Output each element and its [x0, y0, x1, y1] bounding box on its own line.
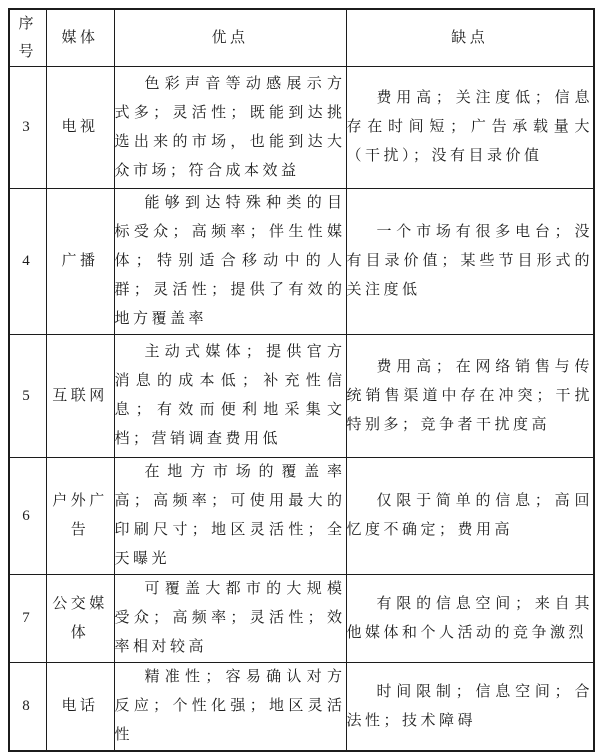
row-cons: 仅限于简单的信息；高回忆度不确定；费用高 — [346, 458, 594, 575]
header-cons: 缺点 — [346, 9, 594, 67]
table-header-row: 序号 媒体 优点 缺点 — [9, 9, 594, 67]
header-no: 序号 — [9, 9, 46, 67]
cons-text: 费用高；在网络销售与传统销售渠道中存在冲突；干扰特别多；竞争者干扰度高 — [347, 353, 594, 440]
row-media: 广播 — [46, 189, 114, 335]
row-cons: 费用高；关注度低；信息存在时间短；广告承载量大（干扰）；没有目录价值 — [346, 67, 594, 189]
row-pros: 精准性；容易确认对方反应；个性化强；地区灵活性 — [114, 663, 346, 696]
row-pros: 在地方市场的覆盖率高；高频率；可使用最大的印刷尺寸；地区灵活性；全天曝光 — [114, 458, 346, 575]
row-no: 8 — [9, 663, 46, 696]
pros-text: 在地方市场的覆盖率高；高频率；可使用最大的印刷尺寸；地区灵活性；全天曝光 — [115, 458, 346, 574]
cons-text: 一个市场有很多电台；没有目录价值；某些节目形式的关注度低 — [347, 218, 594, 305]
table-row: 6 户外广告 在地方市场的覆盖率高；高频率；可使用最大的印刷尺寸；地区灵活性；全… — [9, 458, 594, 575]
table-row: 7 公交媒体 可覆盖大都市的大规模受众；高频率；灵活性；效率相对较高 有限的信息… — [9, 575, 594, 663]
row-media: 互联网 — [46, 335, 114, 458]
pros-text: 可覆盖大都市的大规模受众；高频率；灵活性；效率相对较高 — [115, 575, 346, 662]
pros-text: 能够到达特殊种类的目标受众；高频率；伴生性媒体；特别适合移动中的人群；灵活性；提… — [115, 189, 346, 334]
row-pros: 可覆盖大都市的大规模受众；高频率；灵活性；效率相对较高 — [114, 575, 346, 663]
header-media: 媒体 — [46, 9, 114, 67]
row-cons: 一个市场有很多电台；没有目录价值；某些节目形式的关注度低 — [346, 189, 594, 335]
pros-text: 精准性；容易确认对方反应；个性化强；地区灵活性 — [115, 663, 346, 695]
cons-text: 时间限制；信息空间；合法性；技术障碍 — [347, 678, 594, 696]
row-no: 7 — [9, 575, 46, 663]
pros-text: 色彩声音等动感展示方式多；灵活性；既能到达挑选出来的市场，也能到达大众市场；符合… — [115, 70, 346, 186]
cons-text: 有限的信息空间；来自其他媒体和个人活动的竞争激烈 — [347, 590, 594, 648]
row-pros: 主动式媒体；提供官方消息的成本低；补充性信息；有效而便利地采集文档；营销调查费用… — [114, 335, 346, 458]
row-no: 3 — [9, 67, 46, 189]
row-no: 5 — [9, 335, 46, 458]
row-media: 户外广告 — [46, 458, 114, 575]
table-row: 4 广播 能够到达特殊种类的目标受众；高频率；伴生性媒体；特别适合移动中的人群；… — [9, 189, 594, 335]
row-cons: 有限的信息空间；来自其他媒体和个人活动的竞争激烈 — [346, 575, 594, 663]
row-pros: 色彩声音等动感展示方式多；灵活性；既能到达挑选出来的市场，也能到达大众市场；符合… — [114, 67, 346, 189]
row-media: 公交媒体 — [46, 575, 114, 663]
table-row: 5 互联网 主动式媒体；提供官方消息的成本低；补充性信息；有效而便利地采集文档；… — [9, 335, 594, 458]
row-pros: 能够到达特殊种类的目标受众；高频率；伴生性媒体；特别适合移动中的人群；灵活性；提… — [114, 189, 346, 335]
media-comparison-table: 序号 媒体 优点 缺点 3 电视 色彩声音等动感展示方式多；灵活性；既能到达挑选… — [8, 8, 595, 695]
row-media: 电话 — [46, 663, 114, 696]
row-no: 4 — [9, 189, 46, 335]
row-cons: 时间限制；信息空间；合法性；技术障碍 — [346, 663, 594, 696]
cons-text: 仅限于简单的信息；高回忆度不确定；费用高 — [347, 487, 594, 545]
row-no: 6 — [9, 458, 46, 575]
header-pros: 优点 — [114, 9, 346, 67]
row-media: 电视 — [46, 67, 114, 189]
row-cons: 费用高；在网络销售与传统销售渠道中存在冲突；干扰特别多；竞争者干扰度高 — [346, 335, 594, 458]
table-row: 3 电视 色彩声音等动感展示方式多；灵活性；既能到达挑选出来的市场，也能到达大众… — [9, 67, 594, 189]
pros-text: 主动式媒体；提供官方消息的成本低；补充性信息；有效而便利地采集文档；营销调查费用… — [115, 338, 346, 454]
table-row: 8 电话 精准性；容易确认对方反应；个性化强；地区灵活性 时间限制；信息空间；合… — [9, 663, 594, 696]
cons-text: 费用高；关注度低；信息存在时间短；广告承载量大（干扰）；没有目录价值 — [347, 84, 594, 171]
